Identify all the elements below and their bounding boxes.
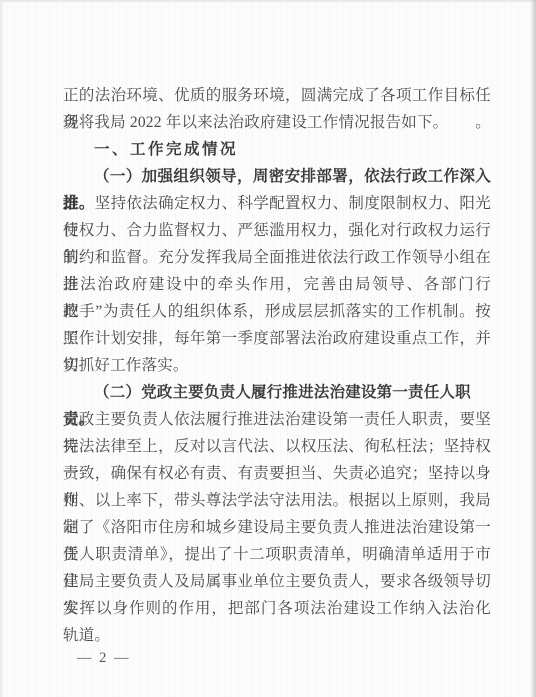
page-number: — 2 —	[77, 648, 131, 668]
scan-edge-top	[0, 0, 536, 3]
document-body: 正的法治环境、优质的服务环境，圆满完成了各项工作目标任务。 现将我局 2022 …	[63, 82, 491, 649]
body-line: 制约和监督。充分发挥我局全面推进依法行政工作领导小组在推	[63, 244, 491, 271]
body-line: 进法治政府建设中的牵头作用，完善由局领导、各部门行政“一	[63, 271, 491, 298]
section-heading: 一、工作完成情况	[63, 136, 491, 163]
subsection-heading: （二）党政主要负责人履行推进法治建设第一责任人职责。	[63, 379, 491, 406]
body-line: 建局主要负责人及局属事业单位主要负责人，要求各级领导切实	[63, 568, 491, 595]
body-line: 使权力、合力监督权力、严惩滥用权力，强化对行政权力运行的	[63, 217, 491, 244]
body-line: 定了《洛阳市住房和城乡建设局主要负责人推进法治建设第一责	[63, 514, 491, 541]
body-line: 现将我局 2022 年以来法治政府建设工作情况报告如下。	[63, 109, 491, 136]
body-line: 发挥以身作则的作用，把部门各项法治建设工作纳入法治化	[63, 595, 491, 622]
body-line: 正的法治环境、优质的服务环境，圆满完成了各项工作目标任务。	[63, 82, 491, 109]
body-line: 任人职责清单》，提出了十二项职责清单，明确清单适用于市住	[63, 541, 491, 568]
scan-edge-left	[0, 0, 4, 697]
body-line: 宪法法律至上，反对以言代法、以权压法、徇私枉法；坚持权责	[63, 433, 491, 460]
body-line: 则、以上率下，带头尊法学法守法用法。根据以上原则，我局制	[63, 487, 491, 514]
scan-edge-right	[530, 0, 536, 697]
body-line: 工作计划安排，每年第一季度部署法治政府建设重点工作，并切	[63, 325, 491, 352]
body-line: 实抓好工作落实。	[63, 352, 491, 379]
body-line: 进。坚持依法确定权力、科学配置权力、制度限制权力、阳光行	[63, 190, 491, 217]
subsection-heading: （一）加强组织领导，周密安排部署，依法行政工作深入推	[63, 163, 491, 190]
body-line: 轨道。	[63, 622, 491, 649]
body-line: 党政主要负责人依法履行推进法治建设第一责任人职责，要坚持	[63, 406, 491, 433]
body-line: 一致，确保有权必有责、有责要担当、失责必追究；坚持以身作	[63, 460, 491, 487]
scanned-document-page: 正的法治环境、优质的服务环境，圆满完成了各项工作目标任务。 现将我局 2022 …	[0, 0, 536, 697]
body-line: 把手”为责任人的组织体系，形成层层抓落实的工作机制。按照	[63, 298, 491, 325]
